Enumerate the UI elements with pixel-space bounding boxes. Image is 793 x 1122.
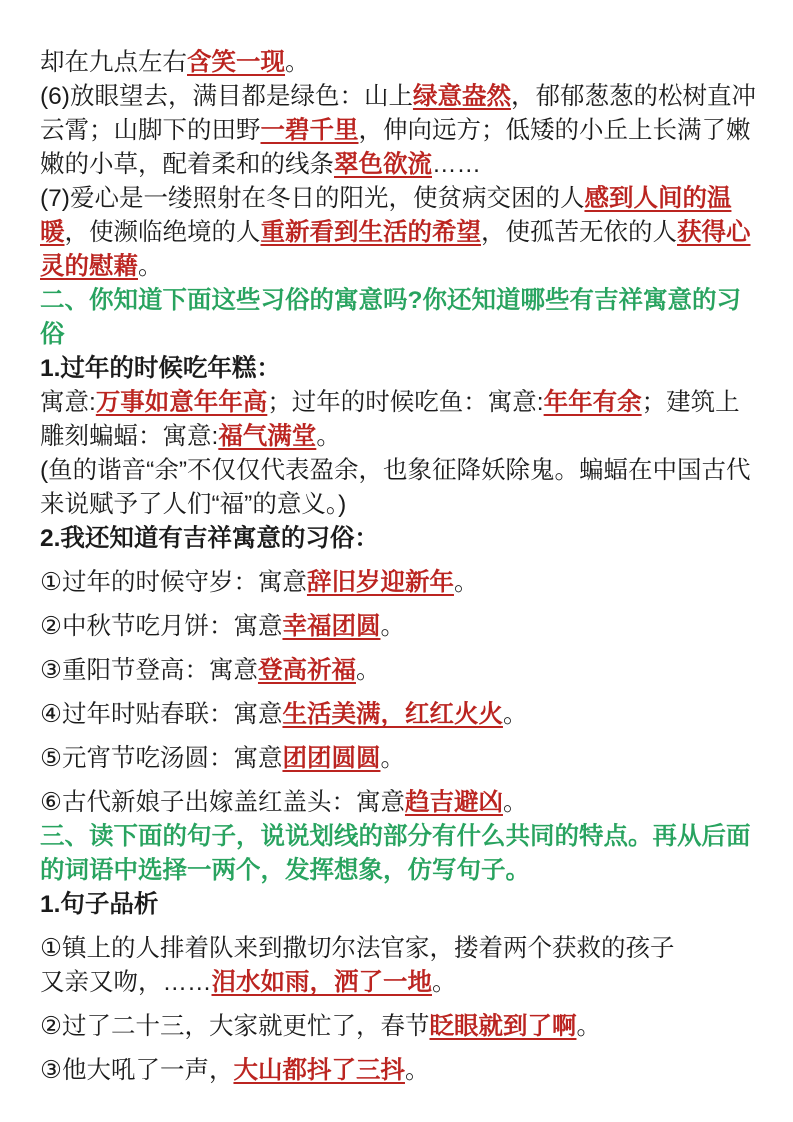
text-run: ③他大吼了一声，	[40, 1057, 233, 1084]
text-run: ③重阳节登高：寓意	[40, 657, 258, 684]
highlighted-answer: 大山都抖了三抖	[233, 1057, 405, 1084]
highlighted-answer: 生活美满，红红火火	[282, 701, 503, 728]
highlighted-answer: 含笑一现	[187, 49, 285, 76]
text-run: 2.我还知道有吉祥寓意的习俗：	[40, 525, 379, 552]
text-run: 。	[356, 657, 381, 684]
text-run: 三、读下面的句子，说说划线的部分有什么共同的特点。再从后面的词语中选择一两个，发…	[40, 823, 751, 884]
highlighted-answer: 一碧千里	[261, 117, 359, 144]
text-run: 。	[138, 253, 163, 280]
document-content: 却在九点左右含笑一现。(6)放眼望去，满目都是绿色：山上绿意盎然，郁郁葱葱的松树…	[40, 46, 757, 1088]
highlighted-answer: 眨眼就到了啊	[429, 1013, 576, 1040]
highlighted-answer: 万事如意年年高	[96, 389, 268, 416]
text-run: 。	[285, 49, 310, 76]
text-run: 。	[503, 789, 528, 816]
list-item: ①镇上的人排着队来到撒切尔法官家，搂着两个获救的孩子又亲又吻，……泪水如雨，洒了…	[40, 932, 757, 1000]
text-run: ⑥古代新娘子出嫁盖红盖头：寓意	[40, 789, 405, 816]
paragraph: (7)爱心是一缕照射在冬日的阳光，使贫病交困的人感到人间的温暖，使濒临绝境的人重…	[40, 182, 757, 284]
worksheet-page: 却在九点左右含笑一现。(6)放眼望去，满目都是绿色：山上绿意盎然，郁郁葱葱的松树…	[0, 0, 793, 1122]
paragraph: (鱼的谐音“余”不仅仅代表盈余，也象征降妖除鬼。蝙蝠在中国古代来说赋予了人们“福…	[40, 454, 757, 522]
highlighted-answer: 福气满堂	[218, 423, 316, 450]
highlighted-answer: 年年有余	[544, 389, 642, 416]
text-run: 。	[576, 1013, 601, 1040]
text-run: ④过年时贴春联：寓意	[40, 701, 282, 728]
text-run: 寓意:	[40, 389, 96, 416]
text-run: 。	[405, 1057, 430, 1084]
highlighted-answer: 翠色欲流	[334, 151, 432, 178]
highlighted-answer: 登高祈福	[258, 657, 356, 684]
list-item: ⑤元宵节吃汤圆：寓意团团圆圆。	[40, 742, 757, 776]
list-item: ③重阳节登高：寓意登高祈福。	[40, 654, 757, 688]
section-heading: 三、读下面的句子，说说划线的部分有什么共同的特点。再从后面的词语中选择一两个，发…	[40, 820, 757, 888]
paragraph: 却在九点左右含笑一现。	[40, 46, 757, 80]
highlighted-answer: 趋吉避凶	[405, 789, 503, 816]
text-run: ，使濒临绝境的人	[65, 219, 261, 246]
text-run: (鱼的谐音“余”不仅仅代表盈余，也象征降妖除鬼。蝙蝠在中国古代来说赋予了人们“福…	[40, 457, 750, 518]
text-run: 。	[432, 969, 457, 996]
text-run: 却在九点左右	[40, 49, 187, 76]
text-run: ②过了二十三，大家就更忙了，春节	[40, 1013, 429, 1040]
highlighted-answer: 团团圆圆	[282, 745, 380, 772]
text-run: 。	[503, 701, 528, 728]
text-run: (6)放眼望去，满目都是绿色：山上	[40, 83, 413, 110]
paragraph: 寓意:万事如意年年高；过年的时候吃鱼：寓意:年年有余；建筑上雕刻蝙蝠：寓意:福气…	[40, 386, 757, 454]
list-item: ②过了二十三，大家就更忙了，春节眨眼就到了啊。	[40, 1010, 757, 1044]
list-item: ⑥古代新娘子出嫁盖红盖头：寓意趋吉避凶。	[40, 786, 757, 820]
sub-heading: 1.句子品析	[40, 888, 757, 922]
text-run: 又亲又吻，……	[40, 969, 212, 996]
text-run: 。	[380, 745, 405, 772]
sub-heading: 1.过年的时候吃年糕：	[40, 352, 757, 386]
text-run: ；过年的时候吃鱼：寓意:	[267, 389, 543, 416]
paragraph: (6)放眼望去，满目都是绿色：山上绿意盎然，郁郁葱葱的松树直冲云霄；山脚下的田野…	[40, 80, 757, 182]
text-run: 。	[454, 569, 479, 596]
text-run: ……	[432, 151, 481, 178]
text-run: ，使孤苦无依的人	[481, 219, 677, 246]
highlighted-answer: 辞旧岁迎新年	[307, 569, 454, 596]
highlighted-answer: 泪水如雨，洒了一地	[212, 969, 433, 996]
text-run: ①镇上的人排着队来到撒切尔法官家，搂着两个获救的孩子	[40, 935, 674, 962]
text-run: ①过年的时候守岁：寓意	[40, 569, 307, 596]
text-run: 二、你知道下面这些习俗的寓意吗?你还知道哪些有吉祥寓意的习俗	[40, 287, 741, 348]
list-item: ④过年时贴春联：寓意生活美满，红红火火。	[40, 698, 757, 732]
text-run: 。	[380, 613, 405, 640]
section-heading: 二、你知道下面这些习俗的寓意吗?你还知道哪些有吉祥寓意的习俗	[40, 284, 757, 352]
list-item: ①过年的时候守岁：寓意辞旧岁迎新年。	[40, 566, 757, 600]
text-run: (7)爱心是一缕照射在冬日的阳光，使贫病交困的人	[40, 185, 584, 212]
list-item: ②中秋节吃月饼：寓意幸福团圆。	[40, 610, 757, 644]
text-run: ⑤元宵节吃汤圆：寓意	[40, 745, 282, 772]
highlighted-answer: 幸福团圆	[282, 613, 380, 640]
text-run: ②中秋节吃月饼：寓意	[40, 613, 282, 640]
highlighted-answer: 重新看到生活的希望	[261, 219, 482, 246]
text-run: 。	[316, 423, 341, 450]
text-run: 1.过年的时候吃年糕：	[40, 355, 281, 382]
text-run: 1.句子品析	[40, 891, 158, 918]
highlighted-answer: 绿意盎然	[413, 83, 511, 110]
list-item: ③他大吼了一声，大山都抖了三抖。	[40, 1054, 757, 1088]
sub-heading: 2.我还知道有吉祥寓意的习俗：	[40, 522, 757, 556]
